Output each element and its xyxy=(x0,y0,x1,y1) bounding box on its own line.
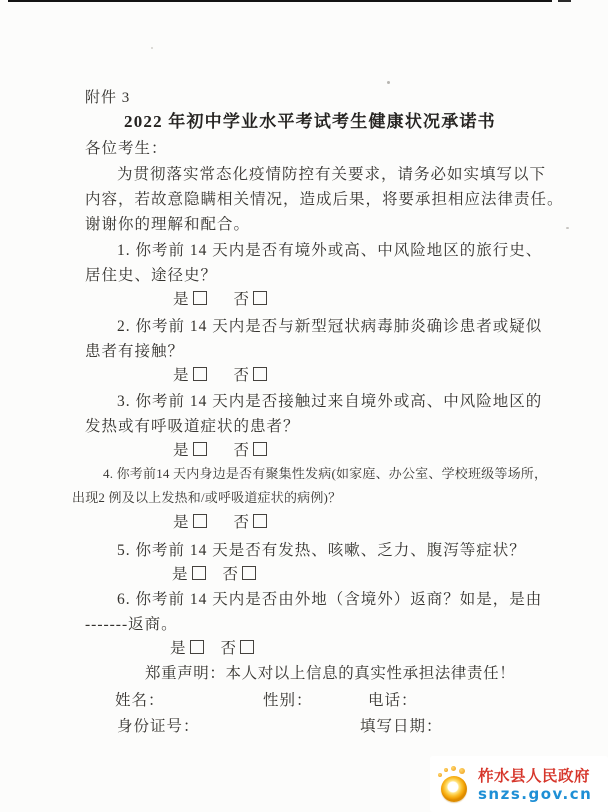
question-4-answer-row: 是否 xyxy=(173,513,267,532)
fill-date-field-label: 填写日期： xyxy=(360,717,443,736)
scan-speck xyxy=(151,47,153,49)
footprint-toe xyxy=(438,773,442,777)
no-label: 否 xyxy=(234,291,250,308)
footprint-toe xyxy=(451,766,456,771)
question-3-answer-row: 是否 xyxy=(173,441,267,460)
intro-line: 为贯彻落实常态化疫情防控有关要求，请务必如实填写以下 xyxy=(117,165,546,184)
yes-label: 是 xyxy=(173,442,189,459)
question-6-line-2: -------返商。 xyxy=(85,615,178,634)
question-1-line-1: 1. 你考前 14 天内是否有境外或高、中风险地区的旅行史、 xyxy=(117,241,542,260)
question-6-answer-row: 是否 xyxy=(170,639,254,658)
no-label: 否 xyxy=(223,566,239,583)
intro-line: 内容，若故意隐瞒相关情况，造成后果，将要承担相应法律责任。 xyxy=(85,190,564,209)
question-4-line-1: 4. 你考前14 天内身边是否有聚集性发病(如家庭、办公室、学校班级等场所， xyxy=(103,466,547,482)
no-checkbox xyxy=(253,514,267,528)
attachment-label: 附件 3 xyxy=(85,89,130,108)
scanned-document-page: 附件 3 2022 年初中学业水平考试考生健康状况承诺书 各位考生： 为贯彻落实… xyxy=(0,0,608,812)
phone-field-label: 电话： xyxy=(368,691,418,710)
question-4-line-2: 出现2 例及以上发热和/或呼吸道症状的病例)？ xyxy=(72,490,341,506)
government-website: snzs.gov.cn xyxy=(478,785,592,803)
question-5-answer-row: 是否 xyxy=(172,565,256,584)
question-6-line-1: 6. 你考前 14 天内是否由外地（含境外）返商？如是，是由 xyxy=(117,590,542,609)
yes-checkbox xyxy=(193,291,207,305)
scan-artifact-line xyxy=(558,0,571,2)
no-checkbox xyxy=(253,442,267,456)
question-1-line-2: 居住史、途径史？ xyxy=(85,266,217,285)
question-2-line-1: 2. 你考前 14 天内是否与新型冠状病毒肺炎确诊患者或疑似 xyxy=(117,317,542,336)
footprint-sole xyxy=(441,776,467,802)
yes-label: 是 xyxy=(173,367,189,384)
no-label: 否 xyxy=(234,367,250,384)
intro-line: 谢谢你的理解和配合。 xyxy=(85,215,250,234)
gender-field-label: 性别： xyxy=(263,691,313,710)
page-title: 2022 年初中学业水平考试考生健康状况承诺书 xyxy=(124,111,496,132)
no-label: 否 xyxy=(234,442,250,459)
footprint-toe xyxy=(459,768,465,774)
question-2-answer-row: 是否 xyxy=(173,366,267,385)
government-name: 柞水县人民政府 xyxy=(478,764,590,786)
no-checkbox xyxy=(242,566,256,580)
salutation: 各位考生： xyxy=(85,139,168,158)
footer-logo: 柞水县人民政府 snzs.gov.cn xyxy=(430,756,608,812)
name-field-label: 姓名： xyxy=(115,691,165,710)
no-checkbox xyxy=(253,367,267,381)
no-checkbox xyxy=(240,640,254,654)
question-5-line-1: 5. 你考前 14 天是否有发热、咳嗽、乏力、腹泻等症状？ xyxy=(117,541,526,560)
yes-checkbox xyxy=(192,566,206,580)
declaration-line: 郑重声明：本人对以上信息的真实性承担法律责任！ xyxy=(145,664,515,683)
yes-label: 是 xyxy=(173,514,189,531)
no-label: 否 xyxy=(221,640,237,657)
footprint-toe xyxy=(444,768,448,772)
yes-label: 是 xyxy=(172,566,188,583)
footprint-icon xyxy=(438,766,474,802)
yes-checkbox xyxy=(190,640,204,654)
question-3-line-2: 发热或有呼吸道症状的患者？ xyxy=(85,417,300,436)
no-label: 否 xyxy=(234,514,250,531)
question-3-line-1: 3. 你考前 14 天内是否接触过来自境外或高、中风险地区的 xyxy=(117,392,542,411)
yes-label: 是 xyxy=(170,640,186,657)
question-2-line-2: 患者有接触？ xyxy=(85,342,184,361)
scan-artifact-line xyxy=(8,0,552,2)
yes-checkbox xyxy=(193,367,207,381)
no-checkbox xyxy=(253,291,267,305)
yes-checkbox xyxy=(193,514,207,528)
question-1-answer-row: 是否 xyxy=(173,290,267,309)
id-number-field-label: 身份证号： xyxy=(117,717,200,736)
scan-speck xyxy=(387,81,390,84)
yes-label: 是 xyxy=(173,291,189,308)
yes-checkbox xyxy=(193,442,207,456)
scan-speck xyxy=(566,227,569,229)
